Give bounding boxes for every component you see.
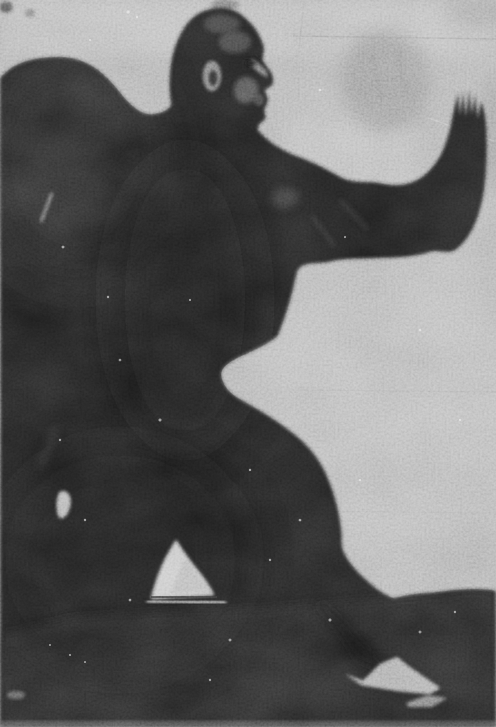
martial-artist-photo [0, 0, 496, 727]
film-grain-fine [0, 0, 496, 727]
photograph [0, 0, 496, 727]
